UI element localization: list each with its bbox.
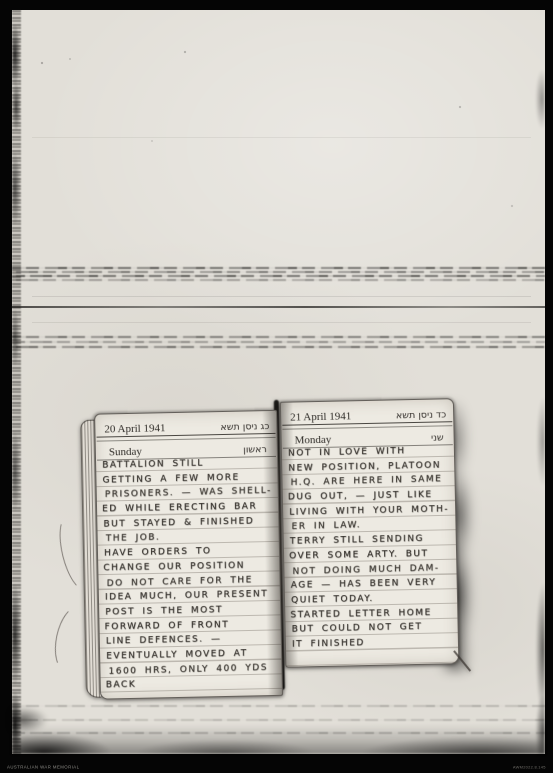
bottom-smudge-gradient	[12, 724, 545, 754]
archive-credit: AUSTRALIAN WAR MEMORIAL	[7, 766, 79, 770]
ruled-crease-line	[12, 306, 545, 308]
diary-right-page: 21 April 1941 כד ניסן תשא Monday שני NOT…	[280, 398, 460, 668]
right-page-date: 21 April 1941	[290, 410, 351, 423]
left-page-hebrew-date: כג ניסן תשא	[220, 421, 269, 433]
faint-fold-line	[32, 296, 531, 297]
smudge-band	[12, 335, 545, 350]
smudge-band	[12, 704, 545, 710]
reference-number: AWM2022.8.145	[513, 766, 546, 770]
right-page-hebrew-date: כד ניסן תשא	[396, 409, 446, 421]
smudge-band	[12, 266, 545, 284]
diary-left-page: 20 April 1941 כג ניסן תשא Sunday ראשון B…	[94, 410, 283, 700]
diary-book: 20 April 1941 כג ניסן תשא Sunday ראשון B…	[80, 398, 464, 706]
left-page-entry: BATTALION STILL GETTING A FEW MORE PRISO…	[96, 454, 282, 699]
left-page-date: 20 April 1941	[104, 422, 165, 435]
faint-fold-line	[32, 322, 531, 323]
right-page-entry: NOT IN LOVE WITH NEW POSITION, PLATOON H…	[282, 442, 459, 667]
archival-scan-frame: 20 April 1941 כג ניסן תשא Sunday ראשון B…	[0, 0, 553, 773]
diary-line: IT FINISHED	[292, 634, 455, 652]
photocopy-paper: 20 April 1941 כג ניסן תשא Sunday ראשון B…	[12, 10, 545, 754]
diary-line: BACK	[106, 676, 278, 694]
faint-fold-line	[32, 137, 531, 138]
